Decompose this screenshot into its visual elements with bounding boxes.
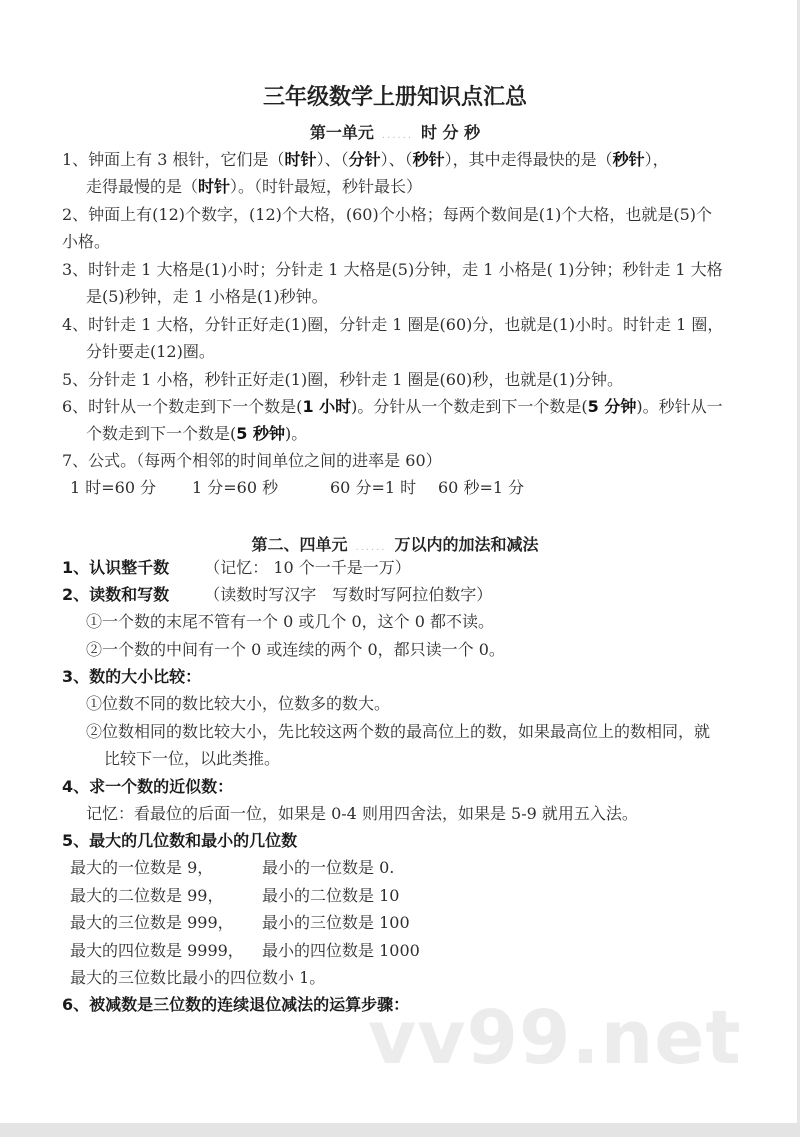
unit2-s3-p2a: ②位数相同的数比较大小，先比较这两个数的最高位上的数，如果最高位上的数相同，就 bbox=[86, 722, 710, 742]
max-digit-3: 最大的三位数是 999， bbox=[70, 913, 234, 933]
note: （记忆： 10 个一千是一万） bbox=[204, 558, 411, 577]
min-digit-1: 最小的一位数是 0. bbox=[262, 858, 394, 878]
text: 个数走到下一个数是( bbox=[86, 424, 236, 443]
watermark: vv99.net bbox=[368, 995, 742, 1081]
formula-2: 1 分=60 秒 bbox=[192, 478, 278, 498]
text: ），其中走得最快的是（ bbox=[445, 150, 613, 169]
unit2-s3-p2b: 比较下一位，以此类推。 bbox=[104, 749, 280, 769]
unit2-title: 第二、四单元......万以内的加法和减法 bbox=[0, 532, 790, 555]
unit2-s3-p1: ①位数不同的数比较大小，位数多的数大。 bbox=[86, 694, 390, 714]
unit1-item1-line1: 1、钟面上有 3 根针，它们是（时针）、（分针）、（秒针），其中走得最快的是（秒… bbox=[62, 150, 669, 170]
unit1-item3-line1: 3、时针走 1 大格是(1)小时；分针走 1 大格是(5)分钟，走 1 小格是(… bbox=[62, 260, 723, 280]
text: ）。（时针最短，秒针最长） bbox=[230, 177, 422, 196]
answer: 5 分钟 bbox=[588, 397, 637, 416]
text: ）、（ bbox=[317, 150, 349, 169]
page-edge-bottom bbox=[0, 1123, 800, 1137]
formula-3: 60 分=1 时 bbox=[330, 478, 416, 498]
min-digit-2: 最小的二位数是 10 bbox=[262, 886, 399, 906]
unit2-title-right: 万以内的加法和减法 bbox=[395, 535, 539, 554]
unit1-item2-line2: 小格。 bbox=[62, 232, 110, 252]
max-digit-2: 最大的二位数是 99， bbox=[70, 886, 223, 906]
answer: 时针 bbox=[285, 150, 317, 169]
answer: 1 小时 bbox=[302, 397, 351, 416]
text: ）， bbox=[645, 150, 669, 169]
unit2-s2-p1: ①一个数的末尾不管有一个 0 或几个 0，这个 0 都不读。 bbox=[86, 612, 494, 632]
unit1-item6-line2: 个数走到下一个数是(5 秒钟)。 bbox=[86, 424, 307, 444]
unit2-s3-heading: 3、数的大小比较： bbox=[62, 667, 201, 687]
answer: 分针 bbox=[349, 150, 381, 169]
unit2-title-left: 第二、四单元 bbox=[251, 535, 347, 554]
text: ）、（ bbox=[381, 150, 413, 169]
answer: 秒针 bbox=[413, 150, 445, 169]
answer: 秒针 bbox=[613, 150, 645, 169]
max-digit-1: 最大的一位数是 9， bbox=[70, 858, 213, 878]
text: )。 bbox=[285, 424, 307, 443]
answer: 5 秒钟 bbox=[236, 424, 285, 443]
unit1-item5: 5、分针走 1 小格，秒针正好走(1)圈，秒针走 1 圈是(60)秒，也就是(1… bbox=[62, 370, 623, 390]
unit2-s5-heading: 5、最大的几位数和最小的几位数 bbox=[62, 831, 297, 851]
text: 6、时针从一个数走到下一个数是( bbox=[62, 397, 302, 416]
max-min-summary: 最大的三位数比最小的四位数小 1。 bbox=[70, 968, 325, 988]
unit2-s1: 1、认识整千数 （记忆： 10 个一千是一万） bbox=[62, 558, 411, 578]
min-digit-3: 最小的三位数是 100 bbox=[262, 913, 410, 933]
dots: ...... bbox=[355, 542, 386, 553]
answer: 时针 bbox=[198, 177, 230, 196]
text: 走得最慢的是（ bbox=[86, 177, 198, 196]
section-heading: 1、认识整千数 bbox=[62, 558, 169, 577]
min-digit-4: 最小的四位数是 1000 bbox=[262, 941, 420, 961]
unit1-item6-line1: 6、时针从一个数走到下一个数是(1 小时)。分针从一个数走到下一个数是(5 分钟… bbox=[62, 397, 723, 417]
unit1-title: 第一单元......时 分 秒 bbox=[0, 120, 790, 143]
document-title: 三年级数学上册知识点汇总 bbox=[0, 80, 790, 111]
unit1-item4-line2: 分针要走(12)圈。 bbox=[86, 342, 215, 362]
unit2-s2: 2、读数和写数 （读数时写汉字 写数时写阿拉伯数字） bbox=[62, 585, 492, 605]
unit1-title-left: 第一单元 bbox=[310, 123, 374, 142]
text: )。秒针从一 bbox=[636, 397, 722, 416]
unit2-s4-p1: 记忆：看最位的后面一位，如果是 0-4 则用四舍法，如果是 5-9 就用五入法。 bbox=[86, 804, 638, 824]
unit2-s4-heading: 4、求一个数的近似数： bbox=[62, 777, 233, 797]
text: 1、钟面上有 3 根针，它们是（ bbox=[62, 150, 285, 169]
unit2-s6-heading: 6、被减数是三位数的连续退位减法的运算步骤： bbox=[62, 995, 409, 1015]
formula-1: 1 时=60 分 bbox=[70, 478, 156, 498]
unit1-item4-line1: 4、时针走 1 大格，分针正好走(1)圈，分针走 1 圈是(60)分，也就是(1… bbox=[62, 315, 723, 335]
text: )。分针从一个数走到下一个数是( bbox=[351, 397, 588, 416]
unit2-s2-p2: ②一个数的中间有一个 0 或连续的两个 0，都只读一个 0。 bbox=[86, 640, 505, 660]
unit1-item3-line2: 是(5)秒钟，走 1 小格是(1)秒钟。 bbox=[86, 287, 328, 307]
section-heading: 2、读数和写数 bbox=[62, 585, 169, 604]
unit1-item2-line1: 2、钟面上有(12)个数字，(12)个大格，(60)个小格；每两个数间是(1)个… bbox=[62, 205, 712, 225]
formula-4: 60 秒=1 分 bbox=[438, 478, 524, 498]
unit1-item7: 7、公式。（每两个相邻的时间单位之间的进率是 60） bbox=[62, 451, 442, 471]
dots: ...... bbox=[382, 130, 413, 141]
max-digit-4: 最大的四位数是 9999， bbox=[70, 941, 244, 961]
unit1-title-right: 时 分 秒 bbox=[421, 123, 480, 142]
unit1-item1-line2: 走得最慢的是（时针）。（时针最短，秒针最长） bbox=[86, 177, 422, 197]
note: （读数时写汉字 写数时写阿拉伯数字） bbox=[204, 585, 492, 604]
